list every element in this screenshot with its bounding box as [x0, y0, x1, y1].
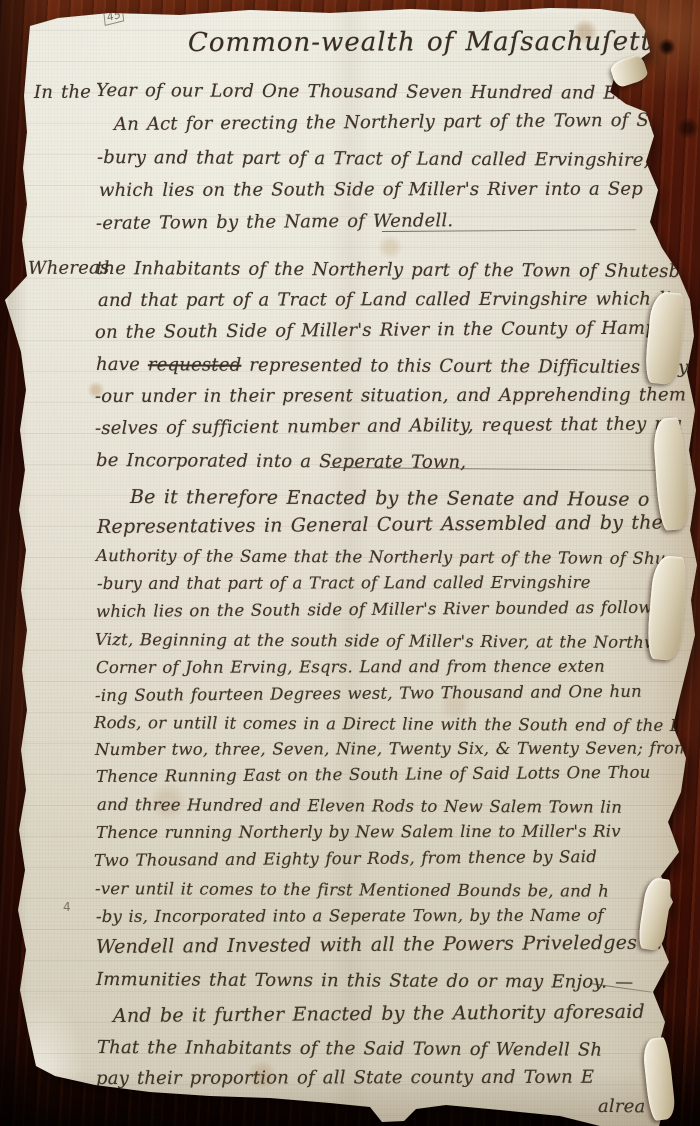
- manuscript-line: -bury and that part of a Tract of Land c…: [97, 147, 650, 171]
- manuscript-line: Thence running Northerly by New Salem li…: [96, 822, 621, 842]
- manuscript-line: -selves of sufficient number and Ability…: [95, 413, 683, 439]
- manuscript-line: the Inhabitants of the Northerly part of…: [96, 258, 692, 282]
- manuscript-line: be Incorporated into a Seperate Town,: [96, 450, 466, 473]
- manuscript-line: Vizt, Beginning at the south side of Mil…: [95, 630, 658, 652]
- manuscript-line: -ing South fourteen Degrees west, Two Th…: [95, 682, 642, 705]
- manuscript-line: Immunities that Towns in this State do o…: [96, 969, 633, 993]
- line-fragment: have: [96, 354, 148, 375]
- manuscript-line: which lies on the South Side of Miller's…: [99, 179, 643, 201]
- manuscript-line: Rods, or untill it comes in a Direct lin…: [94, 713, 681, 735]
- manuscript-line-with-strikethrough: have requested represented to this Court…: [96, 354, 700, 378]
- manuscript-line: which lies on the South side of Miller's…: [96, 598, 661, 621]
- manuscript-line: Number two, three, Seven, Nine, Twenty S…: [95, 738, 690, 759]
- manuscript-line: and three Hundred and Eleven Rods to New…: [97, 795, 622, 817]
- manuscript-line: -ver until it comes to the first Mention…: [95, 879, 609, 901]
- manuscript-line: pay their proportion of all State county…: [96, 1067, 594, 1089]
- archivist-pencil-mark: 45: [103, 6, 124, 26]
- manuscript-line: Two Thousand and Eighty four Rods, from …: [94, 847, 597, 870]
- line-fragment: represented to this Court the Difficulti…: [241, 355, 700, 379]
- photograph-of-manuscript-on-wooden-table: 45 Common-wealth of Maſsachuſetts — In t…: [0, 0, 700, 1126]
- manuscript-line: Thence Running East on the South Line of…: [96, 763, 651, 786]
- manuscript-line: Representatives in General Court Assembl…: [97, 512, 663, 538]
- manuscript-line: And be it further Enacted by the Authori…: [113, 1001, 645, 1027]
- manuscript-line: and that part of a Tract of Land called …: [98, 288, 682, 311]
- manuscript-line: Wendell and Invested with all the Powers…: [96, 931, 669, 958]
- manuscript-line: Corner of John Erving, Esqrs. Land and f…: [96, 657, 605, 677]
- manuscript-paper-sheet: 45 Common-wealth of Maſsachuſetts — In t…: [0, 0, 700, 1126]
- manuscript-line: An Act for erecting the Northerly part o…: [114, 109, 691, 135]
- document-title: Common-wealth of Maſsachuſetts —: [188, 27, 700, 58]
- margin-note-in-the: In the: [34, 82, 91, 103]
- paper-sheet-wrapper: 45 Common-wealth of Maſsachuſetts — In t…: [0, 0, 700, 1126]
- manuscript-line: Year of our Lord One Thousand Seven Hund…: [96, 80, 654, 104]
- manuscript-line: on the South Side of Miller's River in t…: [95, 317, 684, 343]
- margin-pencil-mark: 4: [63, 900, 71, 914]
- manuscript-line: -bury and that part of a Tract of Land c…: [97, 573, 591, 593]
- manuscript-line: That the Inhabitants of the Said Town of…: [97, 1037, 602, 1061]
- manuscript-line: Authority of the Same that the Northerly…: [96, 546, 666, 568]
- struck-out-word: requested: [148, 354, 242, 375]
- manuscript-line: -our under in their present situation, a…: [95, 384, 686, 407]
- manuscript-line: -by is, Incorporated into a Seperate Tow…: [96, 906, 604, 926]
- manuscript-line: Be it therefore Enacted by the Senate an…: [130, 486, 650, 511]
- catchword: alrea: [598, 1096, 646, 1117]
